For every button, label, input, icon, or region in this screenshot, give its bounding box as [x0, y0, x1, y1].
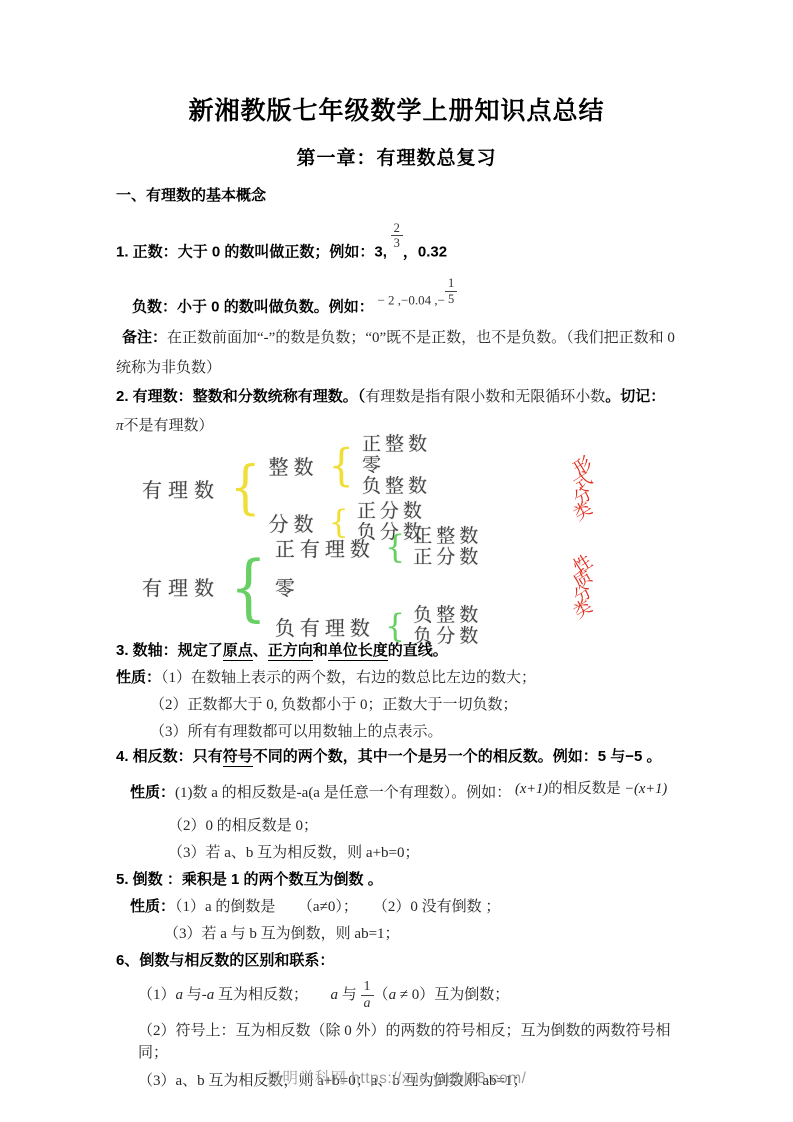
- brace-icon: {: [385, 533, 405, 562]
- leaf-negative-integers: 负整数: [413, 605, 482, 626]
- line-reciprocal-prop2: （3）若 a 与 b 互为倒数，则 ab=1；: [116, 923, 689, 945]
- line-reciprocal-prop1: 性质：（1）a 的倒数是 （a≠0）； （2）0 没有倒数 ；: [116, 896, 689, 918]
- opposite-prop-label: 性质：: [130, 784, 175, 801]
- opposite-underline-sign: 符号: [223, 748, 253, 767]
- rational-bold1: 整数和分数统称有理数。（: [193, 388, 366, 405]
- reciprocal-label: 5. 倒数 ：: [116, 871, 182, 888]
- line-negative-def: 负数：小于 0 的数叫做负数。例如： − 2 ,−0.04 ,−15: [116, 276, 689, 321]
- fraction-one-fifth: 15: [445, 276, 457, 306]
- document-page: 新湘教版七年级数学上册知识点总结 第一章：有理数总复习 一、有理数的基本概念 1…: [0, 0, 793, 1122]
- document-body: 一、有理数的基本概念 1. 正数：大于 0 的数叫做正数；例如：3, 23，0.…: [0, 185, 793, 1092]
- branch-zero: 零: [275, 572, 482, 601]
- leaf-positive-fractions: 正分数: [413, 547, 482, 568]
- fraction-two-thirds: 23: [391, 221, 403, 251]
- line-opposite-def: 4. 相反数：只有符号不同的两个数，其中一个是另一个的相反数。例如：5 与−5 …: [116, 746, 689, 768]
- positive-tail: ，0.32: [403, 243, 447, 260]
- diagram-nature-root: 有理数: [142, 572, 220, 601]
- line-reciprocal-def: 5. 倒数 ：乘积是 1 的两个数互为倒数 。: [116, 869, 689, 891]
- branch-integers-label: 整数: [269, 451, 319, 480]
- line-axis-prop1: 性质：（1）在数轴上表示的两个数，右边的数总比左边的数大；: [116, 667, 689, 689]
- line-note: 备注：在正数前面加“-”的数是负数；“0”既不是正数，也不是负数。（我们把正数和…: [116, 327, 689, 349]
- negative-examples: − 2 ,−0.04 ,−: [377, 293, 445, 308]
- brace-icon: {: [230, 463, 261, 515]
- chapter-title: 第一章：有理数总复习: [0, 145, 793, 173]
- brace-icon: {: [230, 554, 267, 619]
- positive-text: 大于 0 的数叫做正数；例如：3,: [178, 243, 387, 260]
- branch-integers: 整数 { 正整数 零 负整数: [269, 434, 431, 497]
- branch-negative-rationals: 负有理数 { 负整数 负分数: [275, 605, 482, 647]
- side-label-nature-classification: 性质分类: [574, 557, 592, 617]
- note-label: 备注：: [122, 329, 167, 346]
- line-opposite-prop3: （3）若 a、b 互为相反数，则 a+b=0；: [116, 842, 689, 864]
- line-opposite-prop2: （2）0 的相反数是 0；: [116, 815, 689, 837]
- opposite-label: 4. 相反数：: [116, 748, 193, 765]
- brace-icon: {: [385, 612, 405, 641]
- line-compare-p1: （1）a 与-a 互为相反数； a 与 1a（a ≠ 0）互为倒数；: [116, 978, 689, 1012]
- axis-prop-label: 性质：: [116, 669, 161, 686]
- leaf-positive-integers: 正整数: [413, 526, 482, 547]
- diagram-nature-tree: 有理数 { 正有理数 { 正整数 正分数 零 负有理: [142, 524, 482, 649]
- negative-text: 小于 0 的数叫做负数。例如：: [177, 299, 374, 316]
- line-opposite-prop1: 性质：(1)数 a 的相反数是-a(a 是任意一个有理数）。例如： (x+1)的…: [116, 776, 689, 806]
- line-compare-title: 6、倒数与相反数的区别和联系：: [116, 950, 689, 972]
- fraction-one-over-a: 1a: [361, 979, 374, 1012]
- note-text: 在正数前面加“-”的数是负数；“0”既不是正数，也不是负数。（我们把正数和 0: [167, 330, 675, 346]
- footer-site-link: 扬明学科网 https://xue.ymbj88.com/: [0, 1066, 793, 1088]
- positive-label: 1. 正数：: [116, 243, 178, 260]
- pi-symbol: π: [116, 418, 124, 434]
- line-axis-prop2: （2）正数都大于 0, 负数都小于 0；正数大于一切负数；: [116, 694, 689, 716]
- leaf-zero: 零: [362, 455, 431, 476]
- section-heading-basics: 一、有理数的基本概念: [116, 185, 689, 207]
- classification-diagram-nature: 有理数 { 正有理数 { 正整数 正分数 零 负有理: [142, 541, 689, 633]
- line-positive-def: 1. 正数：大于 0 的数叫做正数；例如：3, 23，0.32: [116, 221, 689, 266]
- diagram-form-root: 有理数: [142, 474, 220, 503]
- branch-zero-label: 零: [275, 572, 300, 601]
- branch-negative-rationals-label: 负有理数: [275, 612, 375, 641]
- negative-label: 负数：: [132, 299, 177, 316]
- branch-positive-rationals: 正有理数 { 正整数 正分数: [275, 526, 482, 568]
- compare-title: 6、倒数与相反数的区别和联系：: [116, 952, 334, 969]
- line-note-cont: 统称为非负数）: [116, 357, 689, 379]
- line-compare-p2: （2）符号上：互为相反数（除 0 外）的两数的符号相反；互为倒数的两数符号相同；: [116, 1020, 689, 1064]
- side-label-form-classification: 形式分类: [574, 459, 592, 519]
- line-axis-prop3: （3）所有有理数都可以用数轴上的点表示。: [116, 721, 689, 743]
- rational-label: 2. 有理数：: [116, 388, 193, 405]
- leaf-negative-fractions: 负分数: [413, 626, 482, 647]
- rational-bold2: 。切记：: [605, 388, 665, 405]
- section-heading-text: 一、有理数的基本概念: [116, 187, 266, 204]
- branch-positive-rationals-label: 正有理数: [275, 533, 375, 562]
- leaf-positive-integers: 正整数: [362, 434, 431, 455]
- brace-icon: {: [329, 446, 354, 486]
- classification-diagram-form: 有理数 { 整数 { 正整数 零 负整数 分数 {: [142, 441, 689, 537]
- line-rational-def: 2. 有理数：整数和分数统称有理数。（有理数是指有限小数和无限循环小数。切记：: [116, 385, 689, 409]
- leaf-positive-fractions: 正分数: [357, 501, 426, 522]
- reciprocal-prop-label: 性质：: [130, 898, 175, 915]
- doc-title: 新湘教版七年级数学上册知识点总结: [0, 94, 793, 128]
- rational-paren-text: 有理数是指有限小数和无限循环小数: [365, 389, 605, 405]
- note-text-cont: 统称为非负数）: [116, 360, 221, 376]
- opposite-example-math: (x+1)的相反数是 −(x+1): [515, 781, 667, 797]
- leaf-negative-integers: 负整数: [362, 476, 431, 497]
